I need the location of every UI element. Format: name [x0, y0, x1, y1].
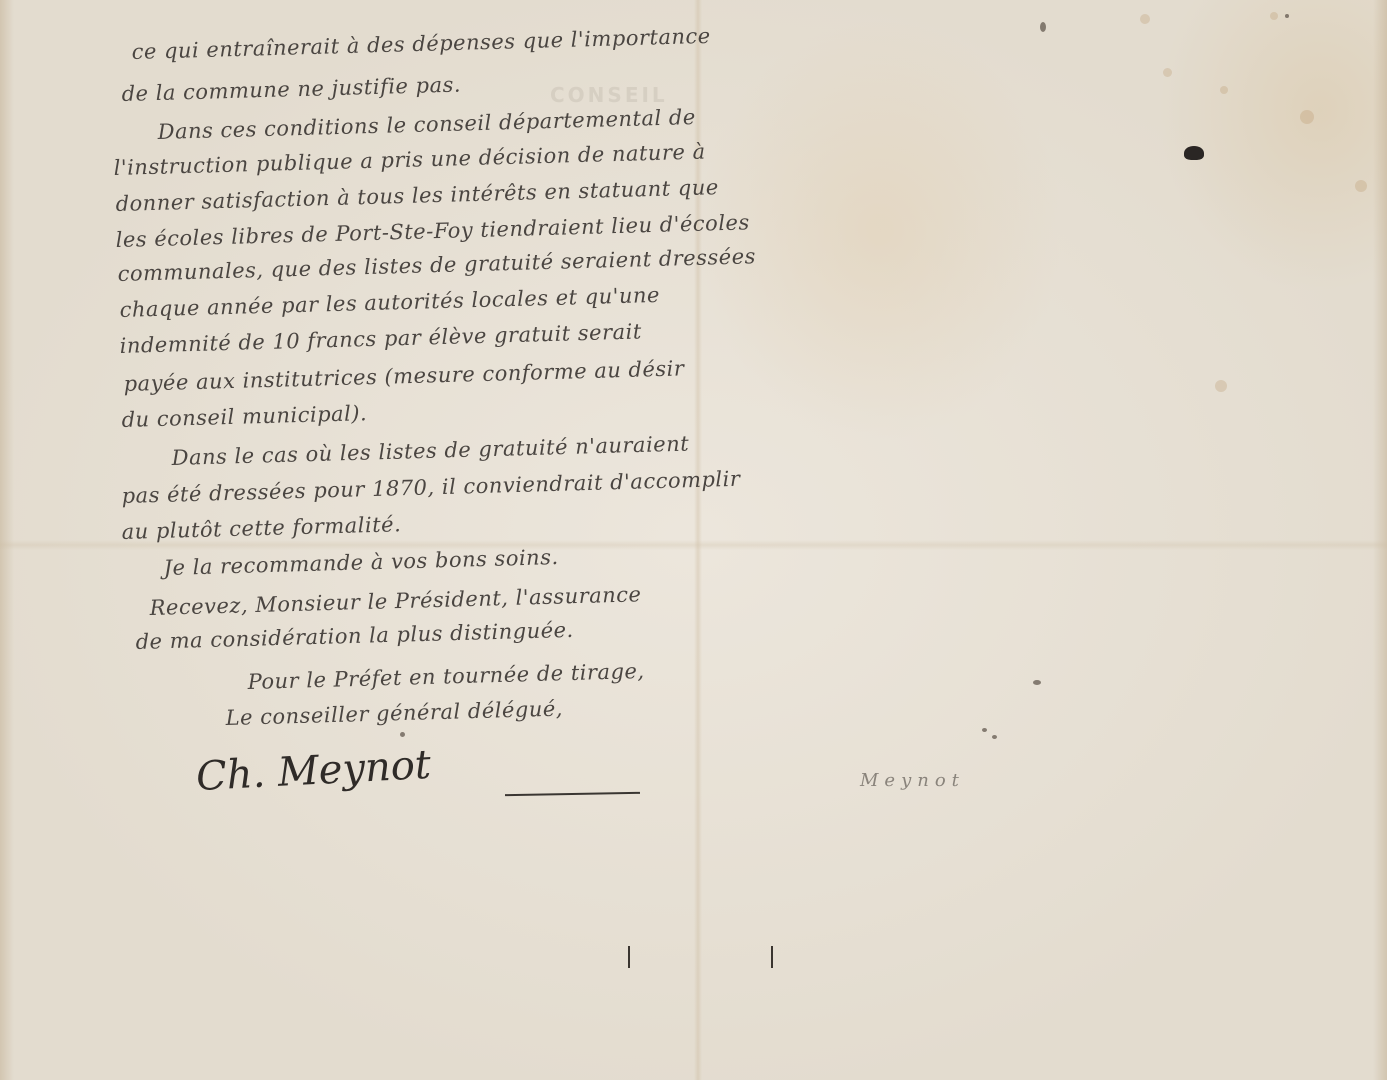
margin-tick-mark	[771, 946, 773, 968]
ink-speck	[1040, 22, 1046, 32]
bleed-through-signature: Meynot	[860, 770, 965, 791]
document-page: CONSEIL Meynot ce qui entraînerait à des…	[0, 0, 1387, 1080]
handwritten-line: du conseil municipal).	[121, 401, 367, 432]
handwritten-line: Dans ces conditions le conseil départeme…	[157, 105, 696, 144]
handwritten-line: l'instruction publique a pris une décisi…	[113, 139, 706, 180]
handwritten-line: les écoles libres de Port-Ste-Foy tiendr…	[115, 210, 750, 252]
handwritten-line: Je la recommande à vos bons soins.	[163, 545, 559, 580]
ink-speck	[400, 732, 405, 737]
foxing-spot	[1355, 180, 1367, 192]
foxing-spot	[1163, 68, 1172, 77]
ink-blot	[1184, 146, 1204, 160]
handwritten-line: de la commune ne justifie pas.	[121, 73, 461, 106]
handwritten-line: indemnité de 10 francs par élève gratuit…	[119, 319, 642, 358]
foxing-spot	[1220, 86, 1228, 94]
foxing-spot	[1300, 110, 1314, 124]
ink-speck	[982, 728, 987, 732]
signature: Ch. Meynot	[195, 742, 432, 800]
handwritten-line: Recevez, Monsieur le Président, l'assura…	[149, 582, 641, 620]
ink-speck	[1033, 680, 1041, 685]
signature-flourish	[505, 792, 640, 796]
ink-speck	[992, 735, 997, 739]
handwritten-line: donner satisfaction à tous les intérêts …	[115, 175, 719, 216]
handwritten-line: de ma considération la plus distinguée.	[135, 618, 574, 654]
bleed-through-stamp: CONSEIL	[550, 83, 668, 107]
handwritten-line: ce qui entraînerait à des dépenses que l…	[131, 24, 711, 64]
handwritten-line: Pour le Préfet en tournée de tirage,	[247, 659, 645, 694]
handwritten-line: Dans le cas où les listes de gratuité n'…	[171, 432, 689, 470]
handwritten-line: chaque année par les autorités locales e…	[119, 283, 660, 322]
foxing-spot	[1140, 14, 1150, 24]
margin-tick-mark	[628, 946, 630, 968]
ink-speck	[1285, 14, 1289, 18]
handwritten-line: payée aux institutrices (mesure conforme…	[123, 356, 684, 396]
handwritten-line: communales, que des listes de gratuité s…	[117, 244, 756, 286]
foxing-spot	[1215, 380, 1227, 392]
handwritten-line: pas été dressées pour 1870, il conviendr…	[121, 467, 740, 508]
handwritten-line: Le conseiller général délégué,	[225, 697, 563, 730]
foxing-spot	[1270, 12, 1278, 20]
